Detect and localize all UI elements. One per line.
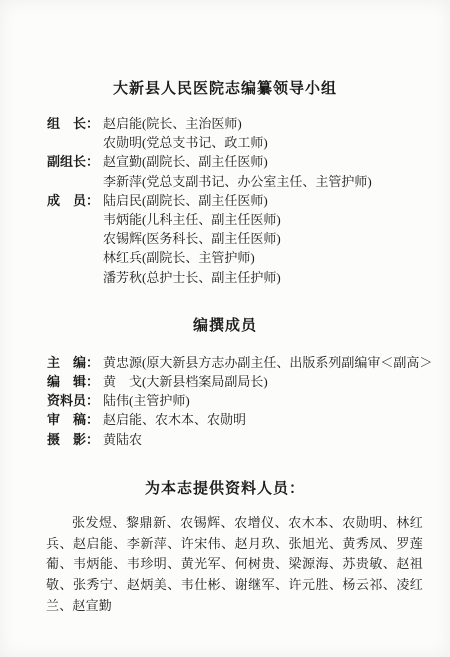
roster-row-members: 成 员： 陆启民(副院长、副主任医师) 韦炳能(儿科主任、副主任医师) 农锡辉(… xyxy=(47,191,424,287)
person-entry: 农勋明(党总支书记、政工师) xyxy=(103,133,424,152)
person-entry: 黄陆农 xyxy=(103,430,424,449)
person-entry: 李新萍(党总支副书记、办公室主任、主管护师) xyxy=(103,172,424,191)
person-entry: 赵启能、农木本、农勋明 xyxy=(103,410,424,429)
role-label-editor: 编 辑： xyxy=(47,372,103,391)
role-label-chief-editor: 主 编： xyxy=(47,353,103,372)
role-label-leader: 组 长： xyxy=(47,114,103,133)
role-names: 陆伟(主管护师) xyxy=(103,391,424,410)
role-label-photographer: 摄 影： xyxy=(47,430,103,449)
roster-row-deputy-leader: 副组长： 赵宣勤(副院长、副主任医师) 李新萍(党总支副书记、办公室主任、主管护… xyxy=(47,152,424,190)
leadership-roster: 组 长： 赵启能(院长、主治医师) 农勋明(党总支书记、政工师) 副组长： 赵宣… xyxy=(47,114,424,287)
role-names: 黄陆农 xyxy=(103,430,424,449)
person-entry: 林红兵(副院长、主管护师) xyxy=(103,248,424,267)
role-names: 陆启民(副院长、副主任医师) 韦炳能(儿科主任、副主任医师) 农锡辉(医务科长、… xyxy=(103,191,424,287)
person-entry: 陆伟(主管护师) xyxy=(103,391,424,410)
role-names: 黄忠源(原大新县方志办副主任、出版系列副编审＜副高＞ xyxy=(103,353,432,372)
person-entry: 农锡辉(医务科长、副主任医师) xyxy=(103,229,424,248)
leadership-group-title: 大新县人民医院志编纂领导小组 xyxy=(0,0,450,98)
role-label-members: 成 员： xyxy=(47,191,103,210)
roster-row-chief-editor: 主 编： 黄忠源(原大新县方志办副主任、出版系列副编审＜副高＞ xyxy=(47,353,424,372)
person-entry: 赵启能(院长、主治医师) xyxy=(103,114,424,133)
role-names: 黄 戈(大新县档案局副局长) xyxy=(103,372,424,391)
document-page: 大新县人民医院志编纂领导小组 组 长： 赵启能(院长、主治医师) 农勋明(党总支… xyxy=(0,0,450,657)
role-names: 赵启能(院长、主治医师) 农勋明(党总支书记、政工师) xyxy=(103,114,424,152)
roster-row-archivist: 资料员： 陆伟(主管护师) xyxy=(47,391,424,410)
role-label-reviewers: 审 稿： xyxy=(47,410,103,429)
person-entry: 潘芳秋(总护士长、副主任护师) xyxy=(103,268,424,287)
roster-row-reviewers: 审 稿： 赵启能、农木本、农勋明 xyxy=(47,410,424,429)
role-names: 赵启能、农木本、农勋明 xyxy=(103,410,424,429)
role-label-archivist: 资料员： xyxy=(47,391,103,410)
person-entry: 赵宣勤(副院长、副主任医师) xyxy=(103,152,424,171)
person-entry: 韦炳能(儿科主任、副主任医师) xyxy=(103,210,424,229)
roster-row-leader: 组 长： 赵启能(院长、主治医师) 农勋明(党总支书记、政工师) xyxy=(47,114,424,152)
editorial-members-title: 编撰成员 xyxy=(0,314,450,335)
contributors-title: 为本志提供资料人员： xyxy=(0,477,450,498)
person-entry: 陆启民(副院长、副主任医师) xyxy=(103,191,424,210)
person-entry: 黄 戈(大新县档案局副局长) xyxy=(103,372,424,391)
roster-row-editor: 编 辑： 黄 戈(大新县档案局副局长) xyxy=(47,372,424,391)
role-label-deputy-leader: 副组长： xyxy=(47,152,103,171)
editorial-roster: 主 编： 黄忠源(原大新县方志办副主任、出版系列副编审＜副高＞ 编 辑： 黄 戈… xyxy=(47,353,424,449)
roster-row-photographer: 摄 影： 黄陆农 xyxy=(47,430,424,449)
contributors-paragraph: 张发煜、黎鼎新、农锡辉、农增仪、农木本、农勋明、林红兵、赵启能、李新萍、许宋伟、… xyxy=(46,513,423,617)
role-names: 赵宣勤(副院长、副主任医师) 李新萍(党总支副书记、办公室主任、主管护师) xyxy=(103,152,424,190)
person-entry: 黄忠源(原大新县方志办副主任、出版系列副编审＜副高＞ xyxy=(103,353,432,372)
